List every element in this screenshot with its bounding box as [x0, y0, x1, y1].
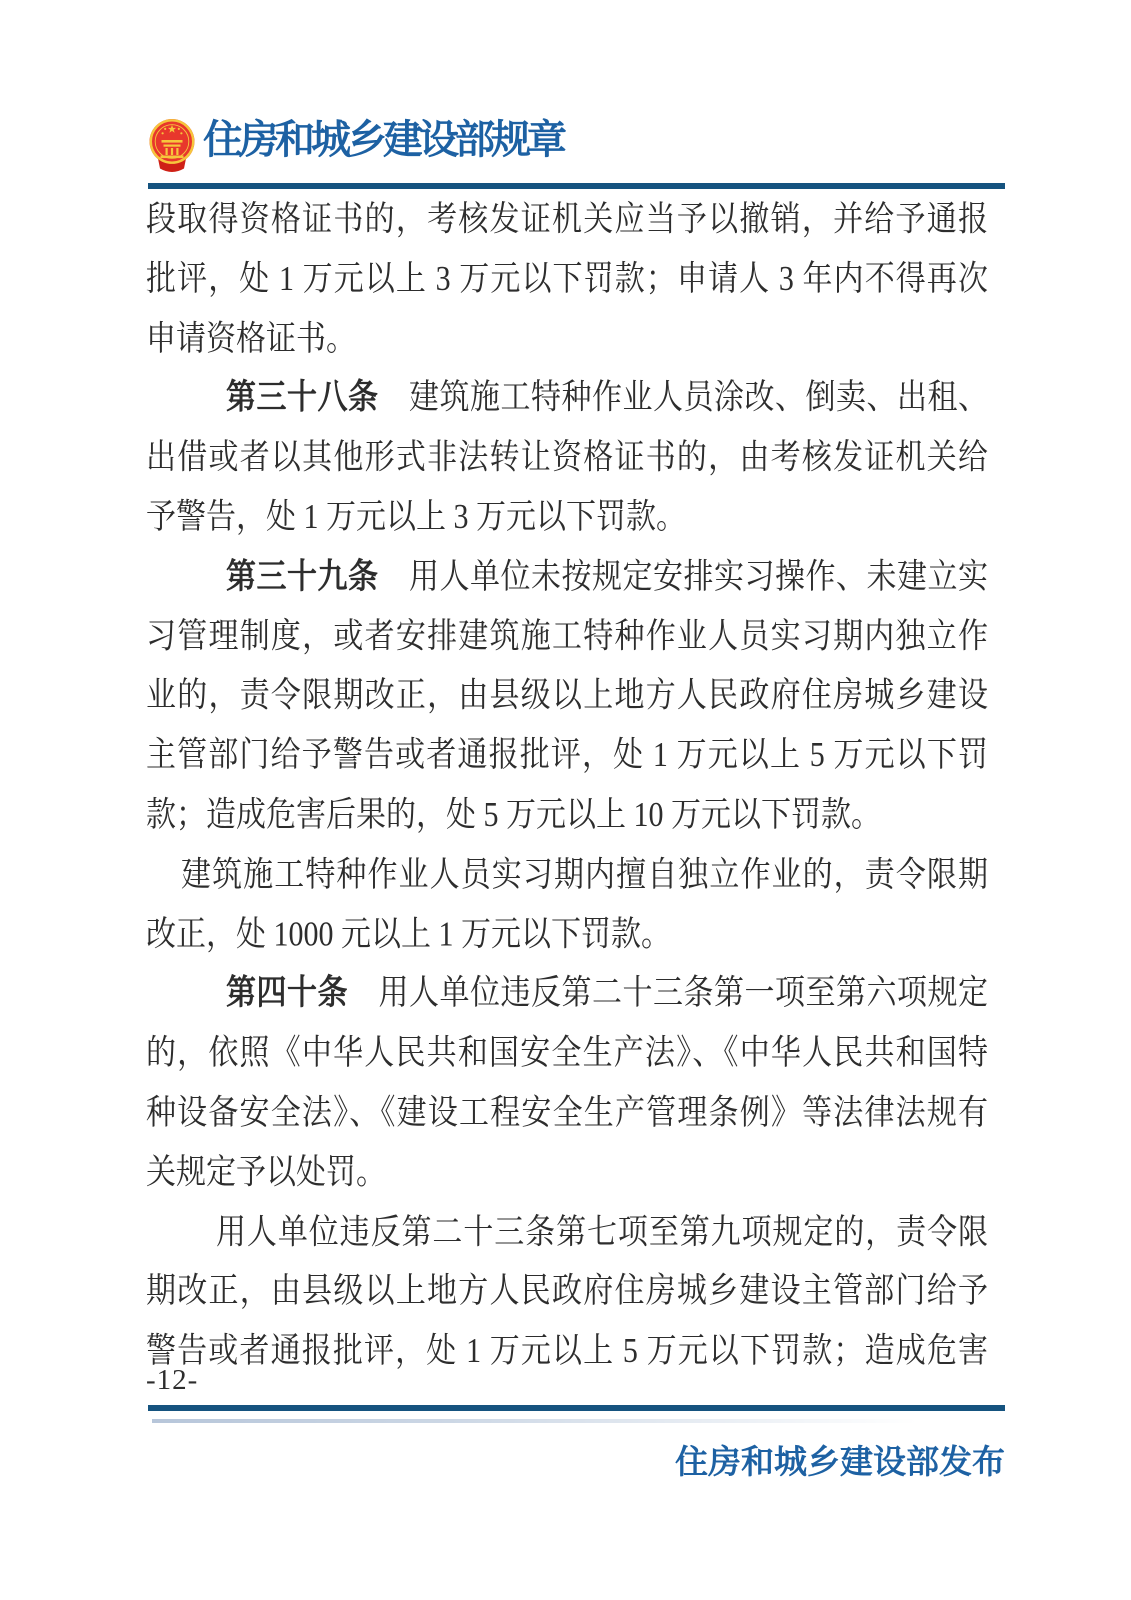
text-line: 改正，处 1000 元以上 1 万元以下罚款。	[146, 905, 988, 965]
text-line: 主管部门给予警告或者通报批评，处 1 万元以上 5 万元以下罚	[146, 726, 988, 786]
text-line: 款；造成危害后果的，处 5 万元以上 10 万元以下罚款。	[146, 786, 988, 846]
document-page: 住房和城乡建设部规章 段取得资格证书的，考核发证机关应当予以撤销，并给予通报批评…	[0, 0, 1131, 1600]
text-line: 申请资格证书。	[146, 309, 988, 369]
text-line: 用人单位违反第二十三条第七项至第九项规定的，责令限	[146, 1203, 988, 1263]
text-line: 第三十八条 建筑施工特种作业人员涂改、倒卖、出租、	[146, 369, 988, 429]
header-rule	[148, 183, 1005, 189]
text-line: 第四十条 用人单位违反第二十三条第一项至第六项规定	[146, 964, 988, 1024]
text-line: 警告或者通报批评，处 1 万元以上 5 万元以下罚款；造成危害	[146, 1322, 988, 1382]
text-line: 关规定予以处罚。	[146, 1143, 988, 1203]
article-number: 第三十八条	[226, 379, 379, 417]
article-number: 第四十条	[226, 975, 348, 1013]
text-line: 习管理制度，或者安排建筑施工特种作业人员实习期内独立作	[146, 607, 988, 667]
page-number: -12-	[146, 1364, 198, 1397]
publisher-label: 住房和城乡建设部发布	[675, 1436, 1005, 1483]
footer-rule-shadow	[152, 1419, 1002, 1423]
text-line: 出借或者以其他形式非法转让资格证书的，由考核发证机关给	[146, 428, 988, 488]
text-line: 的，依照《中华人民共和国安全生产法》、《中华人民共和国特	[146, 1024, 988, 1084]
text-line: 建筑施工特种作业人员实习期内擅自独立作业的，责令限期	[146, 845, 988, 905]
text-line: 批评，处 1 万元以上 3 万元以下罚款；申请人 3 年内不得再次	[146, 250, 988, 310]
national-emblem-icon	[147, 116, 197, 173]
header-title: 住房和城乡建设部规章	[203, 112, 563, 168]
text-line: 业的，责令限期改正，由县级以上地方人民政府住房城乡建设	[146, 667, 988, 727]
footer-rule	[148, 1405, 1005, 1411]
document-body: 段取得资格证书的，考核发证机关应当予以撤销，并给予通报批评，处 1 万元以上 3…	[146, 190, 988, 1381]
text-line: 段取得资格证书的，考核发证机关应当予以撤销，并给予通报	[146, 190, 988, 250]
text-line: 种设备安全法》、《建设工程安全生产管理条例》等法律法规有	[146, 1083, 988, 1143]
text-line: 第三十九条 用人单位未按规定安排实习操作、未建立实	[146, 547, 988, 607]
text-line: 予警告，处 1 万元以上 3 万元以下罚款。	[146, 488, 988, 548]
article-number: 第三十九条	[226, 558, 379, 596]
text-line: 期改正，由县级以上地方人民政府住房城乡建设主管部门给予	[146, 1262, 988, 1322]
